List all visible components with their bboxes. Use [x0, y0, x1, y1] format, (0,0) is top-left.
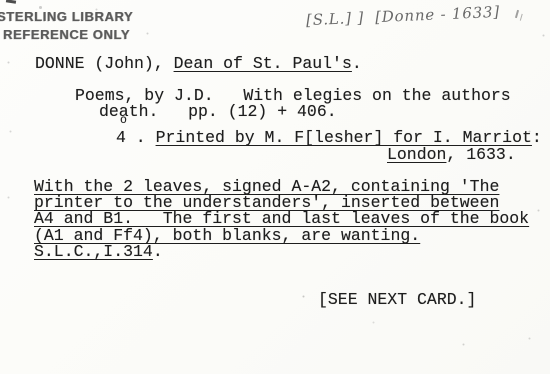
- imprint-line-1: 4 . Printed by M. F[lesher] for I. Marri…: [116, 130, 542, 146]
- author-title: Dean of St. Paul's: [174, 54, 352, 73]
- imprint-place: London: [387, 145, 446, 164]
- heading-line: DONNE (John), Dean of St. Paul's.: [35, 56, 362, 72]
- author-name: DONNE (John),: [35, 54, 174, 73]
- stamp-line-sterling-library: STERLING LIBRARY: [0, 9, 133, 24]
- scan-speckles: [0, 0, 1, 1]
- format-superscript-o: o: [120, 115, 127, 127]
- description-line-2: death. pp. (12) + 406.: [99, 104, 337, 120]
- shelfmark-period: .: [153, 242, 163, 261]
- shelfmark-line: S.L.C.,I.314.: [34, 244, 529, 260]
- note-block: With the 2 leaves, signed A-A2, containi…: [34, 179, 529, 260]
- format-number: 4: [116, 128, 126, 147]
- imprint-line-2: London, 1633.: [387, 147, 516, 163]
- handwritten-annotation: [S.L.] ] [Donne - 1633]: [306, 3, 501, 29]
- imprint-colon: :: [532, 128, 542, 147]
- shelfmark: S.L.C.,I.314: [34, 242, 153, 261]
- imprint-date: , 1633.: [446, 145, 515, 164]
- see-next-card-note: [SEE NEXT CARD.]: [318, 292, 476, 308]
- catalogue-card: STERLING LIBRARY REFERENCE ONLY [S.L.] ]…: [0, 0, 550, 374]
- format-separator: .: [126, 128, 156, 147]
- heading-period: .: [352, 54, 362, 73]
- stamp-line-reference-only: REFERENCE ONLY: [3, 27, 130, 42]
- small-pencil-mark: [515, 10, 519, 18]
- corner-ink-dash: [6, 0, 16, 4]
